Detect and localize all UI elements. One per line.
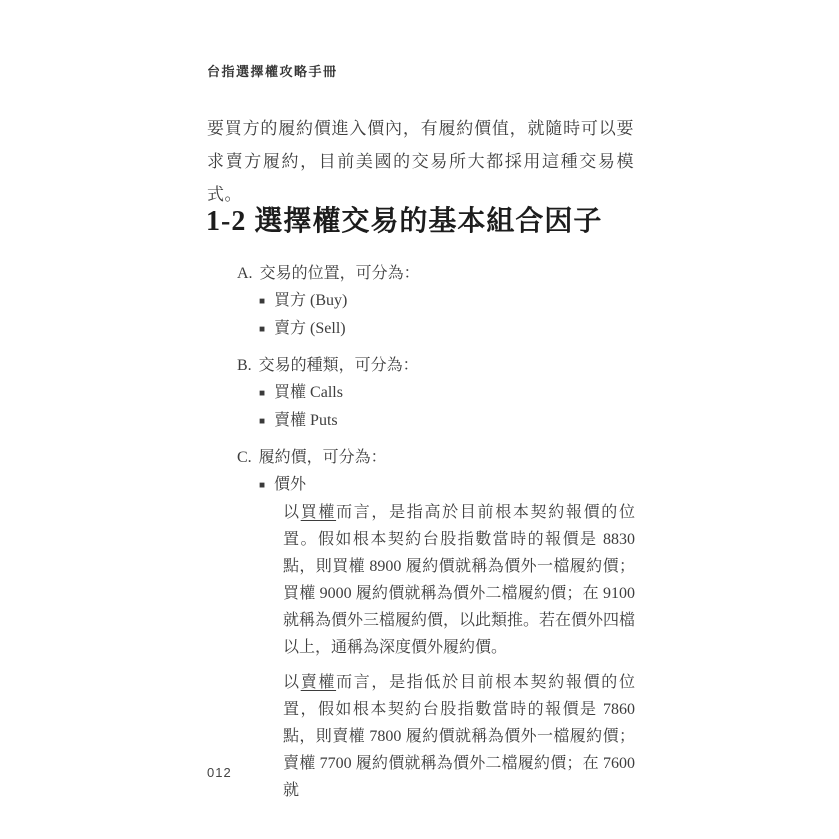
paragraph-text: 而言，是指低於目前根本契約報價的位置，假如根本契約台股指數當時的報價是 7860… (283, 674, 635, 799)
list-item: ■買方 (Buy) (237, 287, 657, 315)
section-number: 1-2 (206, 206, 246, 237)
outline-heading: C.履約價，可分為： (237, 444, 657, 471)
outline-item-a: A.交易的位置，可分為： ■買方 (Buy) ■賣方 (Sell) (237, 260, 657, 343)
outline-heading-label: 交易的位置，可分為： (260, 265, 420, 282)
paragraph-text: 而言，是指高於目前根本契約報價的位置。假如根本契約台股指數當時的報價是 8830… (283, 504, 635, 656)
otm-put-paragraph: 以賣權而言，是指低於目前根本契約報價的位置，假如根本契約台股指數當時的報價是 7… (283, 669, 635, 804)
list-item: ■價外 (237, 471, 657, 499)
list-item: ■賣方 (Sell) (237, 315, 657, 343)
bullet-label: 買方 (Buy) (274, 292, 347, 309)
list-item: ■買權 Calls (237, 379, 657, 407)
running-head: 台指選擇權攻略手冊 (207, 61, 338, 80)
bullet-label: 買權 Calls (274, 384, 343, 401)
outline-marker: B. (237, 357, 252, 374)
outline-heading: B.交易的種類，可分為： (237, 352, 657, 379)
bullet-square-icon: ■ (259, 408, 265, 435)
outline-heading: A.交易的位置，可分為： (237, 260, 657, 287)
book-page: 台指選擇權攻略手冊 要買方的履約價進入價內，有履約價值，就隨時可以要求賣方履約，… (0, 0, 839, 839)
bullet-square-icon: ■ (259, 316, 265, 343)
underlined-term-put: 賣權 (301, 674, 336, 691)
bullet-label: 賣方 (Sell) (274, 320, 346, 337)
paragraph-text: 以 (283, 504, 301, 521)
bullet-label: 賣權 Puts (274, 412, 338, 429)
list-item: ■賣權 Puts (237, 407, 657, 435)
outline-heading-label: 交易的種類，可分為： (259, 357, 419, 374)
outline-heading-label: 履約價，可分為： (259, 449, 387, 466)
page-number: 012 (207, 765, 232, 780)
outline-list: A.交易的位置，可分為： ■買方 (Buy) ■賣方 (Sell) B.交易的種… (237, 260, 657, 813)
section-heading: 1-2選擇權交易的基本組合因子 (206, 199, 602, 239)
otm-call-paragraph: 以買權而言，是指高於目前根本契約報價的位置。假如根本契約台股指數當時的報價是 8… (283, 499, 635, 661)
outline-marker: A. (237, 265, 253, 282)
outline-item-c: C.履約價，可分為： ■價外 以買權而言，是指高於目前根本契約報價的位置。假如根… (237, 444, 657, 804)
intro-paragraph: 要買方的履約價進入價內，有履約價值，就隨時可以要求賣方履約，目前美國的交易所大都… (207, 112, 634, 211)
outline-marker: C. (237, 449, 252, 466)
bullet-square-icon: ■ (259, 380, 265, 407)
outline-item-b: B.交易的種類，可分為： ■買權 Calls ■賣權 Puts (237, 352, 657, 435)
bullet-square-icon: ■ (259, 288, 265, 315)
bullet-square-icon: ■ (259, 472, 265, 499)
underlined-term-call: 買權 (301, 504, 336, 521)
paragraph-text: 以 (283, 674, 301, 691)
section-title: 選擇權交易的基本組合因子 (254, 206, 602, 237)
bullet-label: 價外 (274, 476, 306, 493)
